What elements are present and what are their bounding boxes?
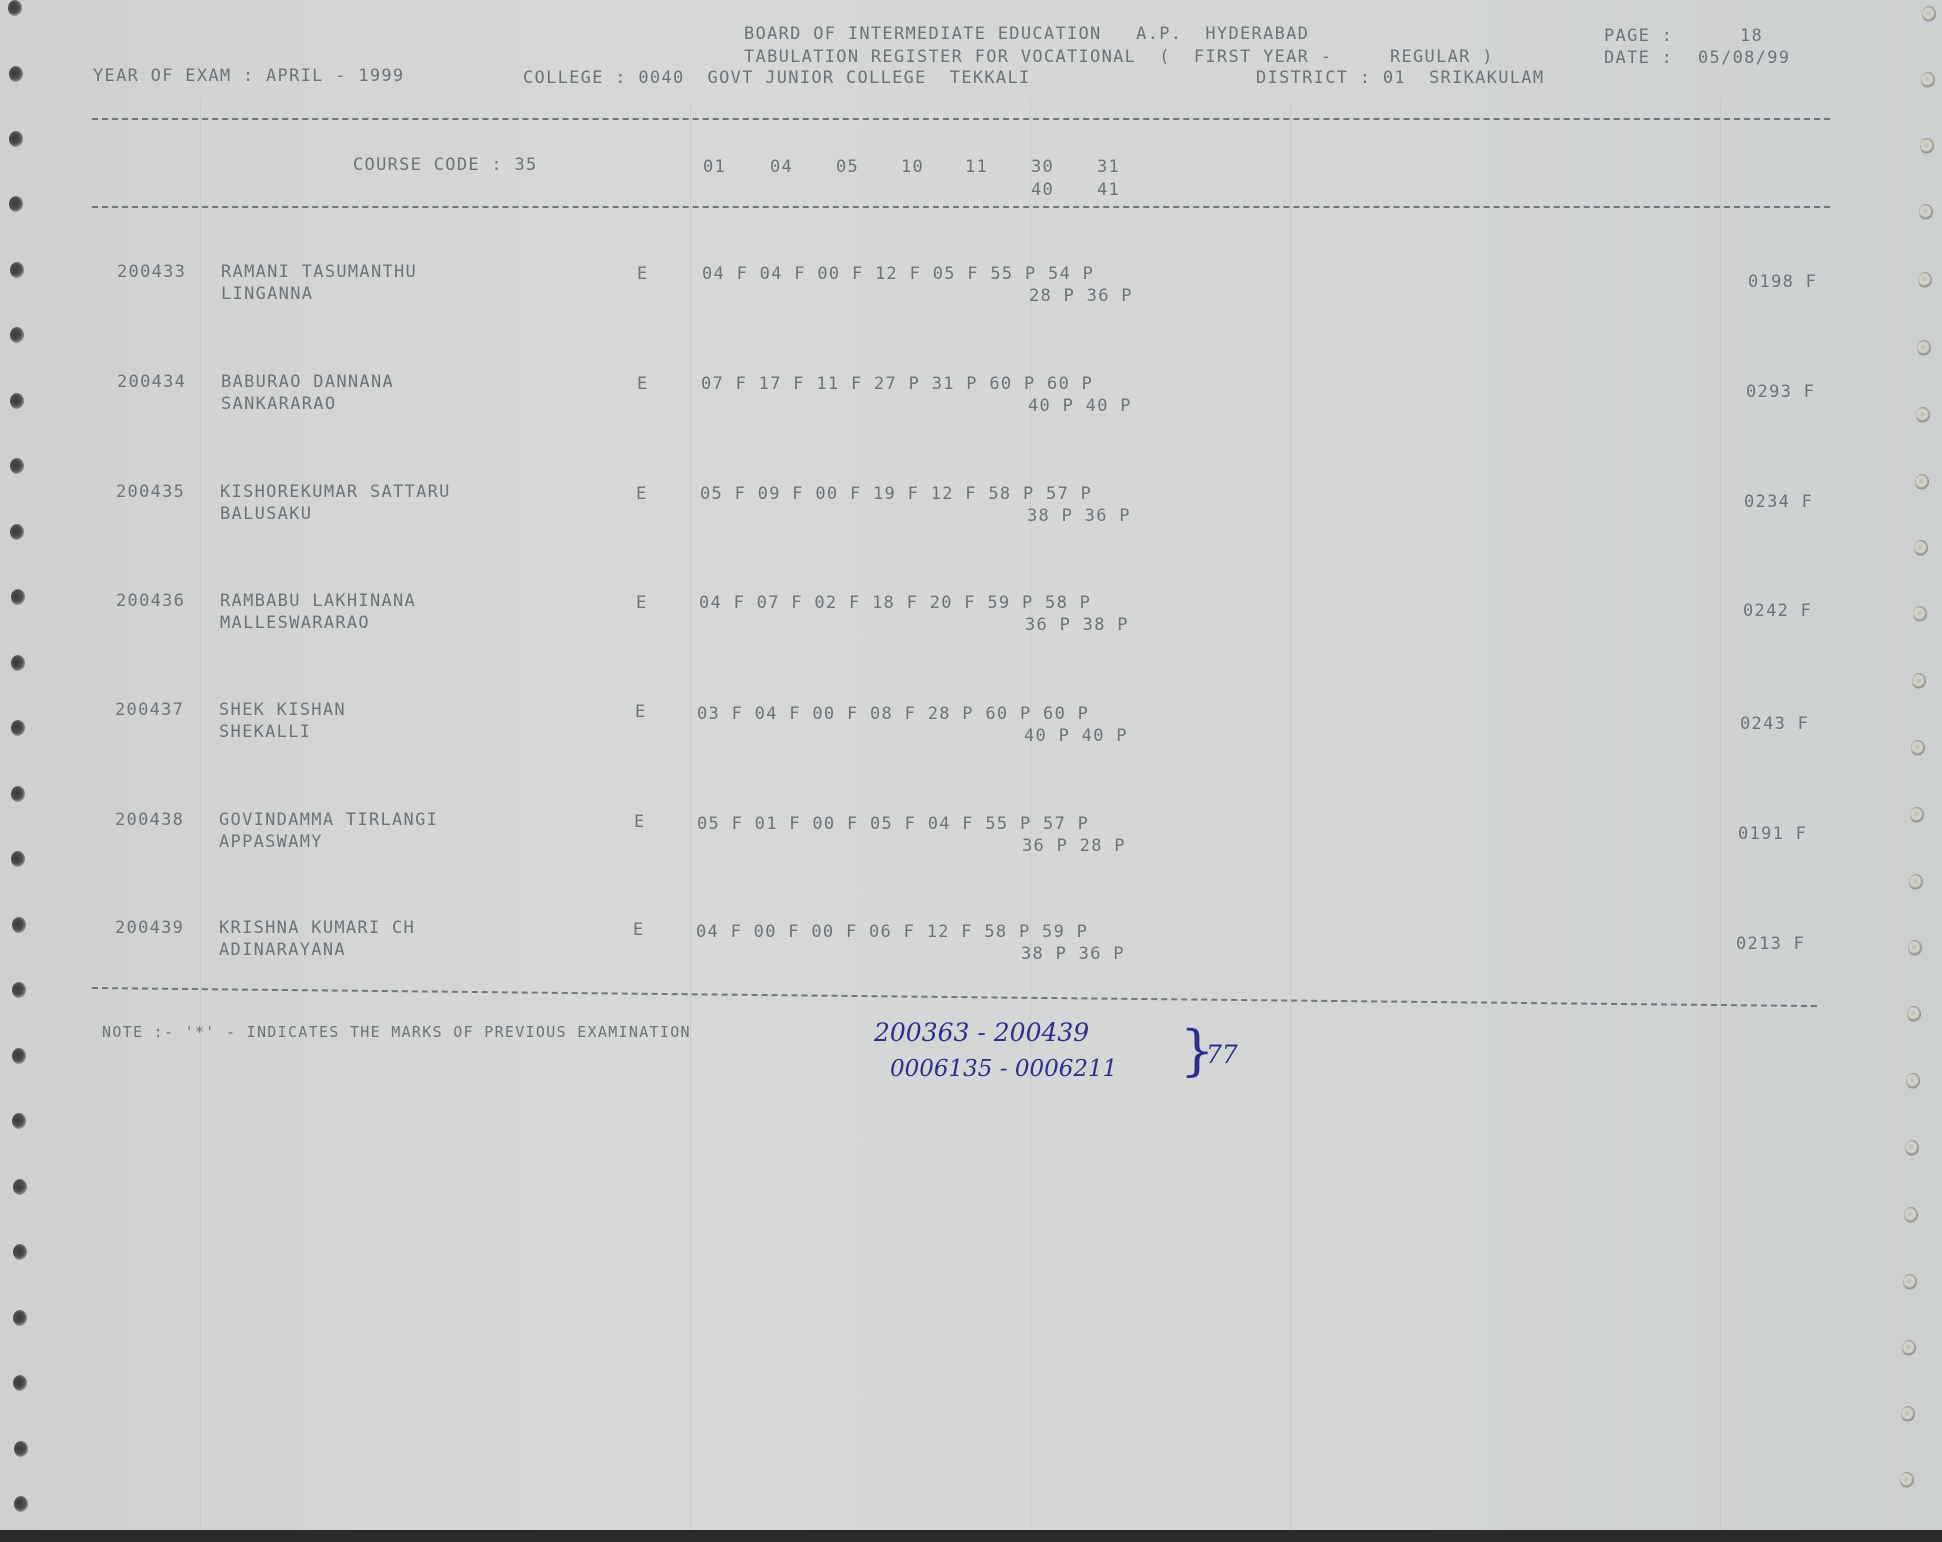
total-result: 0242 F bbox=[1743, 601, 1812, 621]
student-row: 200436 RAMBABU LAKHINANA MALLESWARARAO E… bbox=[0, 591, 1942, 651]
hall-ticket-number: 200435 bbox=[116, 482, 185, 502]
tractor-hole-icon bbox=[11, 786, 25, 802]
course-code-label: COURSE CODE : 35 bbox=[353, 155, 538, 175]
subject-marks: 05 F 09 F 00 F 19 F 12 F 58 P 57 P bbox=[700, 484, 1092, 504]
total-result: 0198 F bbox=[1748, 272, 1817, 292]
student-name-line2: BALUSAKU bbox=[220, 504, 312, 524]
tractor-hole-icon bbox=[8, 0, 22, 16]
tractor-hole-icon bbox=[1904, 1207, 1918, 1223]
student-name: KISHOREKUMAR SATTARU bbox=[220, 482, 451, 502]
tractor-hole-icon bbox=[1909, 874, 1923, 890]
footer-divider bbox=[92, 987, 1817, 1007]
tractor-hole-icon bbox=[9, 131, 23, 147]
tractor-hole-icon bbox=[12, 917, 26, 933]
student-name-line2: LINGANNA bbox=[221, 284, 313, 304]
board-title: BOARD OF INTERMEDIATE EDUCATION A.P. HYD… bbox=[744, 24, 1309, 44]
subject-code: 40 bbox=[1031, 180, 1054, 200]
handwritten-range-2: 0006135 - 0006211 bbox=[890, 1056, 1117, 1082]
total-result: 0243 F bbox=[1740, 714, 1809, 734]
subject-marks-line2: 38 P 36 P bbox=[1027, 506, 1131, 526]
tractor-hole-icon bbox=[11, 851, 25, 867]
subject-marks: 04 F 07 F 02 F 18 F 20 F 59 P 58 P bbox=[699, 593, 1091, 613]
student-row: 200437 SHEK KISHAN SHEKALLI E 03 F 04 F … bbox=[0, 700, 1942, 760]
tractor-hole-icon bbox=[1918, 272, 1932, 288]
subject-marks-line2: 38 P 36 P bbox=[1021, 944, 1125, 964]
tractor-hole-icon bbox=[10, 393, 24, 409]
tractor-hole-icon bbox=[10, 458, 24, 474]
student-row: 200439 KRISHNA KUMARI CH ADINARAYANA E 0… bbox=[0, 918, 1942, 978]
tractor-hole-icon bbox=[1917, 340, 1931, 356]
total-result: 0293 F bbox=[1746, 382, 1815, 402]
subject-marks: 04 F 04 F 00 F 12 F 05 F 55 P 54 P bbox=[702, 264, 1094, 284]
subject-marks: 05 F 01 F 00 F 05 F 04 F 55 P 57 P bbox=[697, 814, 1089, 834]
student-name-line2: SHEKALLI bbox=[219, 722, 311, 742]
student-name-line2: MALLESWARARAO bbox=[220, 613, 370, 633]
hall-ticket-number: 200438 bbox=[115, 810, 184, 830]
tractor-hole-icon bbox=[1916, 407, 1930, 423]
student-name: BABURAO DANNANA bbox=[221, 372, 394, 392]
subject-code: 01 bbox=[703, 157, 726, 177]
subject-code: 30 bbox=[1031, 157, 1054, 177]
photo-bottom-edge bbox=[0, 1530, 1942, 1542]
tractor-hole-icon bbox=[1914, 540, 1928, 556]
subject-code: 04 bbox=[770, 157, 793, 177]
tractor-hole-icon bbox=[11, 720, 25, 736]
tractor-hole-icon bbox=[1900, 1472, 1914, 1488]
tractor-hole-icon bbox=[1906, 1073, 1920, 1089]
student-row: 200434 BABURAO DANNANA SANKARARAO E 07 F… bbox=[0, 372, 1942, 432]
subject-marks: 03 F 04 F 00 F 08 F 28 P 60 P 60 P bbox=[697, 704, 1089, 724]
handwritten-range-1: 200363 - 200439 bbox=[874, 1018, 1089, 1047]
tractor-hole-icon bbox=[14, 1496, 28, 1512]
tractor-hole-icon bbox=[12, 982, 26, 998]
student-name-line2: SANKARARAO bbox=[221, 394, 336, 414]
student-row: 200435 KISHOREKUMAR SATTARU BALUSAKU E 0… bbox=[0, 482, 1942, 542]
hall-ticket-number: 200436 bbox=[116, 591, 185, 611]
date-value: 05/08/99 bbox=[1698, 48, 1790, 68]
tractor-hole-icon bbox=[10, 327, 24, 343]
student-row: 200433 RAMANI TASUMANTHU LINGANNA E 04 F… bbox=[0, 262, 1942, 322]
student-name: KRISHNA KUMARI CH bbox=[219, 918, 415, 938]
tractor-hole-icon bbox=[9, 66, 23, 82]
course-divider bbox=[92, 206, 1830, 208]
tractor-hole-icon bbox=[1922, 6, 1936, 22]
district-info: DISTRICT : 01 SRIKAKULAM bbox=[1256, 68, 1544, 88]
student-name: RAMBABU LAKHINANA bbox=[220, 591, 416, 611]
subject-marks: 04 F 00 F 00 F 06 F 12 F 58 P 59 P bbox=[696, 922, 1088, 942]
total-result: 0234 F bbox=[1744, 492, 1813, 512]
tractor-hole-icon bbox=[9, 196, 23, 212]
tractor-hole-icon bbox=[13, 1179, 27, 1195]
subject-marks-line2: 36 P 28 P bbox=[1022, 836, 1126, 856]
tractor-hole-icon bbox=[1913, 606, 1927, 622]
subject-code: 11 bbox=[965, 157, 988, 177]
total-result: 0191 F bbox=[1738, 824, 1807, 844]
tractor-hole-icon bbox=[11, 589, 25, 605]
medium: E bbox=[633, 920, 645, 940]
college-info: COLLEGE : 0040 GOVT JUNIOR COLLEGE TEKKA… bbox=[523, 68, 1031, 88]
hall-ticket-number: 200439 bbox=[115, 918, 184, 938]
header-divider bbox=[92, 118, 1830, 120]
student-name: SHEK KISHAN bbox=[219, 700, 346, 720]
subject-marks-line2: 28 P 36 P bbox=[1029, 286, 1133, 306]
hall-ticket-number: 200434 bbox=[117, 372, 186, 392]
student-row: 200438 GOVINDAMMA TIRLANGI APPASWAMY E 0… bbox=[0, 810, 1942, 870]
hall-ticket-number: 200437 bbox=[115, 700, 184, 720]
tractor-hole-icon bbox=[12, 1113, 26, 1129]
hall-ticket-number: 200433 bbox=[117, 262, 186, 282]
tractor-hole-icon bbox=[13, 1310, 27, 1326]
tractor-hole-icon bbox=[1910, 807, 1924, 823]
tractor-hole-icon bbox=[1903, 1274, 1917, 1290]
subject-code: 10 bbox=[901, 157, 924, 177]
register-title: TABULATION REGISTER FOR VOCATIONAL ( FIR… bbox=[744, 47, 1494, 67]
medium: E bbox=[636, 593, 648, 613]
tractor-hole-icon bbox=[1921, 72, 1935, 88]
tractor-hole-icon bbox=[1915, 474, 1929, 490]
tractor-hole-icon bbox=[1912, 673, 1926, 689]
tractor-hole-icon bbox=[1907, 1006, 1921, 1022]
medium: E bbox=[634, 812, 646, 832]
student-name: GOVINDAMMA TIRLANGI bbox=[219, 810, 438, 830]
tractor-hole-icon bbox=[10, 262, 24, 278]
tractor-hole-icon bbox=[1911, 740, 1925, 756]
tractor-hole-icon bbox=[1905, 1140, 1919, 1156]
page-label: PAGE : bbox=[1604, 26, 1673, 46]
tractor-hole-icon bbox=[13, 1375, 27, 1391]
subject-marks-line2: 40 P 40 P bbox=[1024, 726, 1128, 746]
medium: E bbox=[635, 702, 647, 722]
page-number: 18 bbox=[1740, 26, 1763, 46]
subject-marks: 07 F 17 F 11 F 27 P 31 P 60 P 60 P bbox=[701, 374, 1093, 394]
subject-code: 41 bbox=[1097, 180, 1120, 200]
subject-marks-line2: 40 P 40 P bbox=[1028, 396, 1132, 416]
year-of-exam: YEAR OF EXAM : APRIL - 1999 bbox=[93, 66, 404, 86]
medium: E bbox=[637, 374, 649, 394]
tractor-hole-icon bbox=[1908, 940, 1922, 956]
tractor-hole-icon bbox=[1901, 1406, 1915, 1422]
handwritten-count: 77 bbox=[1206, 1040, 1238, 1069]
tractor-hole-icon bbox=[14, 1441, 28, 1457]
date-label: DATE : bbox=[1604, 48, 1673, 68]
medium: E bbox=[636, 484, 648, 504]
subject-code: 31 bbox=[1097, 157, 1120, 177]
total-result: 0213 F bbox=[1736, 934, 1805, 954]
student-name: RAMANI TASUMANTHU bbox=[221, 262, 417, 282]
tractor-hole-icon bbox=[1902, 1340, 1916, 1356]
tabulation-register-page: BOARD OF INTERMEDIATE EDUCATION A.P. HYD… bbox=[0, 0, 1942, 1530]
subject-marks-line2: 36 P 38 P bbox=[1025, 615, 1129, 635]
tractor-hole-icon bbox=[13, 1244, 27, 1260]
footer-note: NOTE :- '*' - INDICATES THE MARKS OF PRE… bbox=[102, 1022, 691, 1042]
student-name-line2: APPASWAMY bbox=[219, 832, 323, 852]
student-name-line2: ADINARAYANA bbox=[219, 940, 346, 960]
tractor-hole-icon bbox=[1920, 138, 1934, 154]
tractor-hole-icon bbox=[12, 1048, 26, 1064]
tractor-hole-icon bbox=[1919, 204, 1933, 220]
tractor-hole-icon bbox=[10, 524, 24, 540]
tractor-hole-icon bbox=[11, 655, 25, 671]
subject-code: 05 bbox=[836, 157, 859, 177]
medium: E bbox=[637, 264, 649, 284]
